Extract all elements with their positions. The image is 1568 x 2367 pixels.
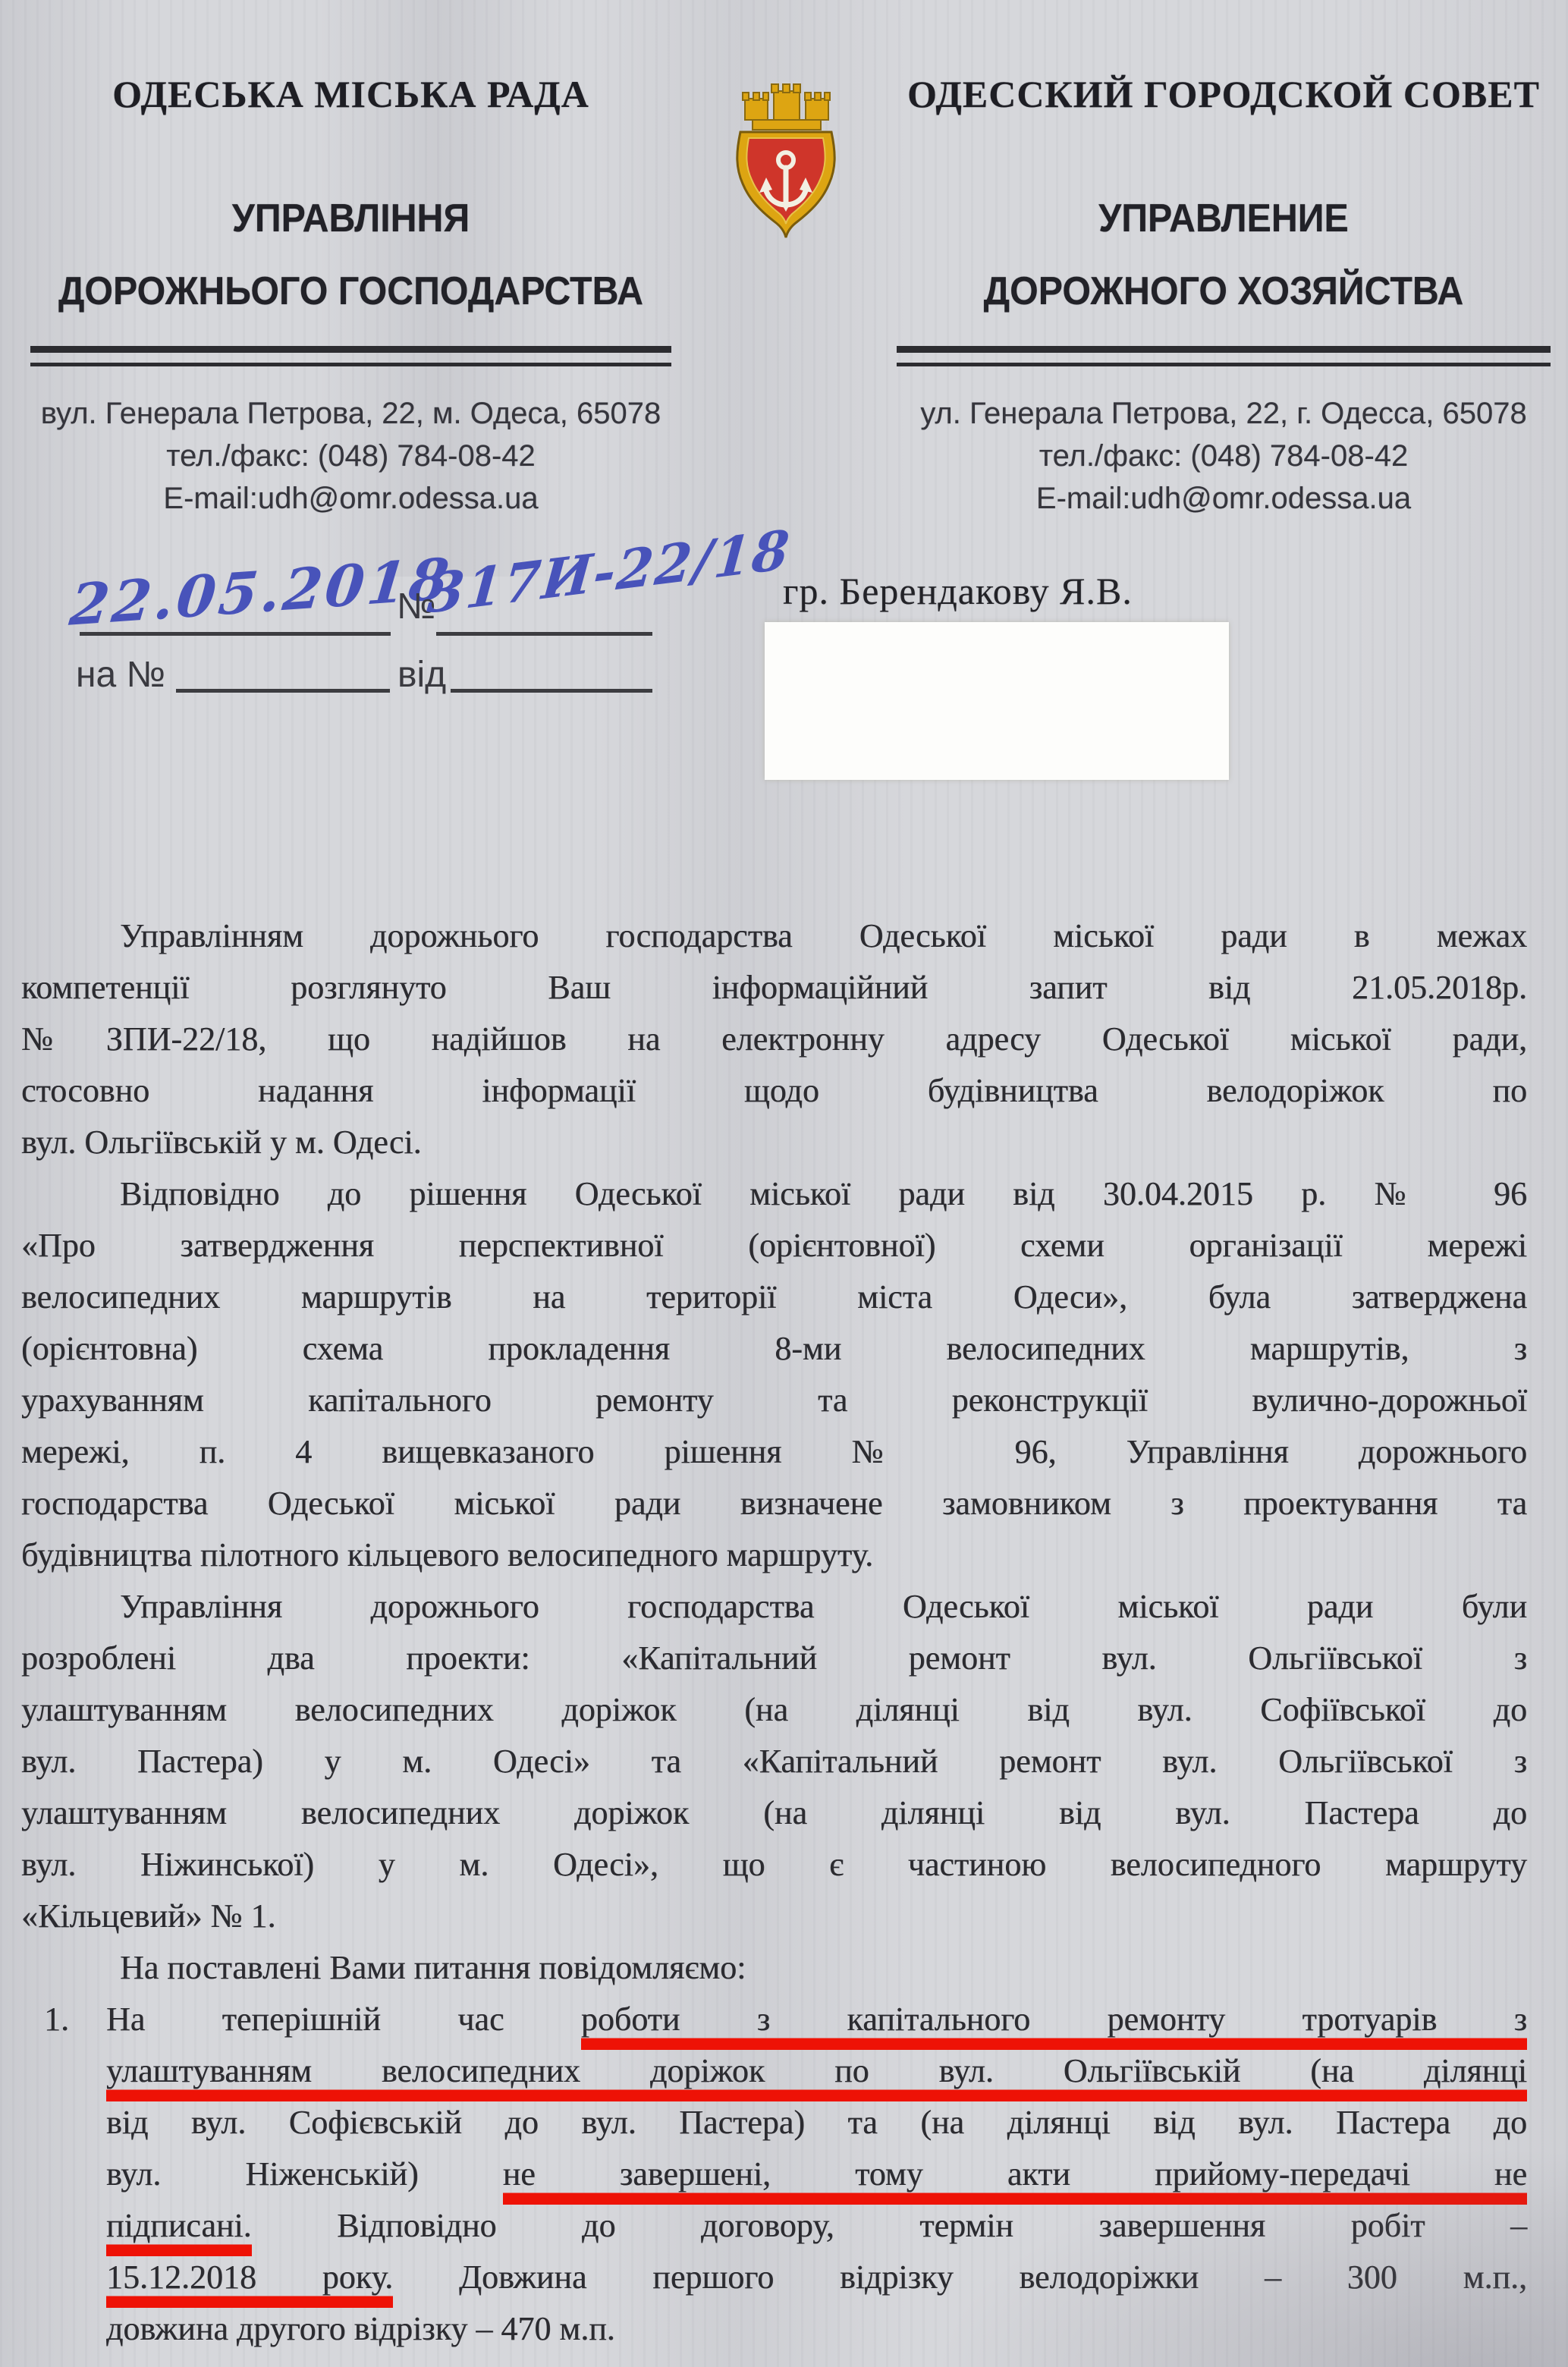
body-line: велосипедних маршрутів на території міст…	[21, 1272, 1527, 1323]
text-segment: урахуванням капітального ремонту та реко…	[21, 1382, 1527, 1419]
text-segment: «Кільцевий» № 1.	[21, 1897, 276, 1935]
double-rule-left	[30, 346, 671, 366]
on-number-underline	[176, 689, 390, 693]
text-segment: компетенції розглянуто Ваш інформаційний…	[21, 969, 1527, 1006]
body-line: Відповідно до рішення Одеської міської р…	[21, 1168, 1527, 1220]
text-segment: довжина другого відрізку – 470 м.п.	[106, 2310, 615, 2347]
council-name-uk: ОДЕСЬКА МІСЬКА РАДА	[30, 70, 671, 118]
body-line: 1.На теперішній час роботи з капітальног…	[21, 1994, 1527, 2045]
text-segment: будівництва пілотного кільцевого велосип…	[21, 1536, 873, 1573]
list-number: 1.	[44, 1994, 69, 2045]
text-segment: вул. Ольгіївській у м. Одесі.	[21, 1124, 422, 1161]
org-block-ukrainian: ОДЕСЬКА МІСЬКА РАДА УПРАВЛІННЯ ДОРОЖНЬОГ…	[30, 70, 671, 520]
department-name-uk-line2: ДОРОЖНЬОГО ГОСПОДАРСТВА	[53, 264, 649, 319]
text-segment: велосипедних маршрутів на території міст…	[21, 1278, 1527, 1316]
body-line: будівництва пілотного кільцевого велосип…	[21, 1529, 1527, 1581]
odesa-coat-of-arms-icon	[730, 82, 842, 245]
email-line: E-mail:udh@omr.odessa.ua	[30, 477, 671, 520]
from-label: від	[397, 654, 446, 696]
handwritten-outgoing-number: 317И-22/18	[425, 517, 793, 626]
body-line: 15.12.2018 року. Довжина першого відрізк…	[21, 2252, 1527, 2303]
address-line: ул. Генерала Петрова, 22, г. Одесса, 650…	[897, 392, 1551, 435]
body-line: «Кільцевий» № 1.	[21, 1891, 1527, 1942]
body-line: №ЗПИ-22/18, що надійшов на електронну ад…	[21, 1014, 1527, 1065]
address-block-ru: ул. Генерала Петрова, 22, г. Одесса, 650…	[897, 392, 1551, 520]
from-underline	[451, 689, 652, 693]
red-underlined-text: улаштуванням велосипедних доріжок по вул…	[106, 2052, 1527, 2101]
body-line: стосовно надання інформації щодо будівни…	[21, 1065, 1527, 1117]
body-line: Управління дорожнього господарства Одесь…	[21, 1581, 1527, 1633]
text-segment: господарства Одеської міської ради визна…	[21, 1485, 1527, 1522]
body-line: Управлінням дорожнього господарства Одес…	[21, 910, 1527, 962]
number-underline	[436, 632, 652, 636]
text-segment: мережі, п. 4 вищевказаного рішення № 96,…	[21, 1433, 1527, 1470]
double-rule-right	[897, 346, 1551, 366]
body-line: улаштуванням велосипедних доріжок (на ді…	[21, 1787, 1527, 1839]
red-underlined-text: підписані.	[106, 2207, 252, 2256]
body-line: компетенції розглянуто Ваш інформаційний…	[21, 962, 1527, 1014]
text-segment: стосовно надання інформації щодо будівни…	[21, 1072, 1527, 1109]
text-segment: Відповідно до рішення Одеської міської р…	[120, 1175, 1527, 1212]
body-line: улаштуванням велосипедних доріжок (на ді…	[21, 1684, 1527, 1736]
text-segment: вул. Пастера) у м. Одесі» та «Капітальни…	[21, 1743, 1527, 1780]
body-line: вул. Ніженській) не завершені, тому акти…	[21, 2149, 1527, 2200]
body-line: вул. Ольгіївській у м. Одесі.	[21, 1117, 1527, 1168]
text-segment: На поставлені Вами питання повідомляємо:	[120, 1949, 746, 1986]
date-underline	[80, 632, 391, 636]
body-line: підписані. Відповідно до договору, термі…	[21, 2200, 1527, 2252]
text-segment: вул. Ніжинської) у м. Одесі», що є части…	[21, 1846, 1527, 1883]
body-line: «Про затвердження перспективної (орієнто…	[21, 1220, 1527, 1272]
body-line: розроблені два проекти: «Капітальний рем…	[21, 1633, 1527, 1684]
text-segment: вул. Ніженській)	[106, 2155, 503, 2193]
text-segment: (орієнтовна) схема прокладення 8-ми вело…	[21, 1330, 1527, 1367]
text-segment: від вул. Софієвській до вул. Пастера) та…	[106, 2104, 1527, 2141]
department-name-ru-line1: УПРАВЛЕНИЕ	[919, 191, 1528, 246]
org-block-russian: ОДЕССКИЙ ГОРОДСКОЙ СОВЕТ УПРАВЛЕНИЕ ДОРО…	[897, 70, 1551, 520]
email-line: E-mail:udh@omr.odessa.ua	[897, 477, 1551, 520]
text-segment: Управління дорожнього господарства Одесь…	[120, 1588, 1527, 1625]
on-number-label: на №	[76, 654, 165, 696]
body-line: вул. Пастера) у м. Одесі» та «Капітальни…	[21, 1736, 1527, 1787]
body-line: вул. Ніжинської) у м. Одесі», що є части…	[21, 1839, 1527, 1891]
body-line: улаштуванням велосипедних доріжок по вул…	[21, 2045, 1527, 2097]
text-segment: Відповідно до договору, термін завершенн…	[252, 2207, 1527, 2244]
body-line: господарства Одеської міської ради визна…	[21, 1478, 1527, 1529]
body-text: Управлінням дорожнього господарства Одес…	[21, 910, 1527, 2355]
phone-line: тел./факс: (048) 784-08-42	[897, 435, 1551, 477]
recipient-name: гр. Берендакову Я.В.	[783, 569, 1133, 613]
address-line: вул. Генерала Петрова, 22, м. Одеса, 650…	[30, 392, 671, 435]
body-line: урахуванням капітального ремонту та реко…	[21, 1375, 1527, 1426]
redacted-region	[765, 622, 1229, 780]
phone-line: тел./факс: (048) 784-08-42	[30, 435, 671, 477]
text-segment: улаштуванням велосипедних доріжок (на ді…	[21, 1794, 1527, 1831]
department-name-ru-line2: ДОРОЖНОГО ХОЗЯЙСТВА	[919, 264, 1528, 319]
body-line: На поставлені Вами питання повідомляємо:	[21, 1942, 1527, 1994]
text-segment: улаштуванням велосипедних доріжок (на ді…	[21, 1691, 1527, 1728]
text-segment: Управлінням дорожнього господарства Одес…	[120, 917, 1527, 954]
body-line: довжина другого відрізку – 470 м.п.	[21, 2303, 1527, 2355]
text-segment: «Про затвердження перспективної (орієнто…	[21, 1227, 1527, 1264]
red-underlined-text: роботи з капітального ремонту тротуарів …	[581, 2001, 1527, 2050]
red-underlined-text: 15.12.2018 року.	[106, 2259, 393, 2308]
text-segment: Довжина першого відрізку велодоріжки – 3…	[393, 2259, 1527, 2296]
text-segment: На теперішній час	[106, 2001, 581, 2038]
body-line: (орієнтовна) схема прокладення 8-ми вело…	[21, 1323, 1527, 1375]
scanned-letter-page: ОДЕСЬКА МІСЬКА РАДА УПРАВЛІННЯ ДОРОЖНЬОГ…	[0, 0, 1568, 2367]
address-block-uk: вул. Генерала Петрова, 22, м. Одеса, 650…	[30, 392, 671, 520]
text-segment: розроблені два проекти: «Капітальний рем…	[21, 1639, 1527, 1677]
body-line: від вул. Софієвській до вул. Пастера) та…	[21, 2097, 1527, 2149]
red-underlined-text: не завершені, тому акти прийому-передачі…	[503, 2155, 1527, 2205]
text-segment: №ЗПИ-22/18, що надійшов на електронну ад…	[21, 1020, 1527, 1058]
body-line: мережі, п. 4 вищевказаного рішення № 96,…	[21, 1426, 1527, 1478]
department-name-uk-line1: УПРАВЛІННЯ	[53, 191, 649, 246]
council-name-ru: ОДЕССКИЙ ГОРОДСКОЙ СОВЕТ	[897, 70, 1551, 118]
